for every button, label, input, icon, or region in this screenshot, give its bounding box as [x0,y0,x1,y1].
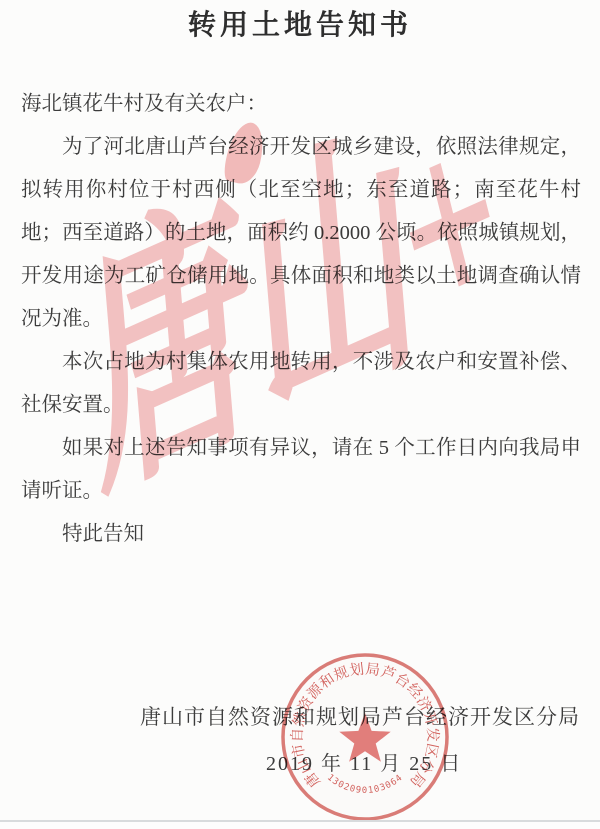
seal-ring [283,655,447,819]
issuer-name: 唐山市自然资源和规划局芦台经济开发区分局 [140,701,600,731]
scan-bottom-edge [0,820,600,829]
document-body: 海北镇花牛村及有关农户： 为了河北唐山芦台经济开发区城乡建设，依照法律规定，拟转… [21,83,581,556]
document-title: 转用土地告知书 [0,3,600,43]
paragraph-hearing: 如果对上述告知事项有异议，请在 5 个工作日内向我局申请听证。 [21,427,581,513]
salutation-line: 海北镇花牛村及有关农户： [21,83,581,126]
issue-date: 2019 年 11 月 25 日 [266,747,600,776]
official-seal-graphic: 唐山市自然资源和规划局芦台经济开发区分局 1302090103064 [276,648,454,826]
official-seal: 唐山市自然资源和规划局芦台经济开发区分局 1302090103064 [276,648,454,826]
scanned-document-page: 转用土地告知书 海北镇花牛村及有关农户： 为了河北唐山芦台经济开发区城乡建设，依… [0,0,600,829]
paragraph-land-conversion: 为了河北唐山芦台经济开发区城乡建设，依照法律规定，拟转用你村位于村西侧（北至空地… [21,126,581,341]
seal-code-text: 1302090103064 [325,773,405,796]
paragraph-compensation: 本次占地为村集体农用地转用，不涉及农户和安置补偿、社保安置。 [21,341,581,427]
paragraph-closing: 特此告知 [21,513,581,556]
